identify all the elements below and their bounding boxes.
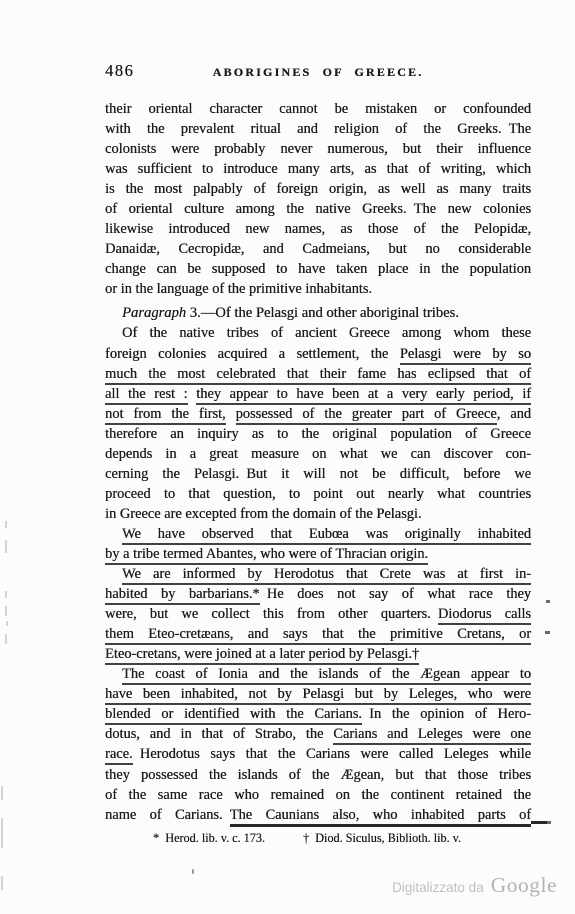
text-segment — [188, 386, 197, 402]
heading-segment: Paragraph — [122, 305, 186, 321]
text-line: they possessed the islands of the Ægean,… — [105, 765, 531, 785]
text-segment: of oriental culture among the native Gre… — [105, 201, 531, 217]
underlined-passage: have been inhabited, not by Pelasgi but … — [105, 686, 531, 705]
text-line: not from the first, possessed of the gre… — [105, 404, 531, 424]
text-line: depends in a great measure on what we ca… — [105, 444, 531, 464]
text-segment: , and — [497, 406, 531, 422]
scan-artifact — [5, 540, 7, 553]
text-segment: In the opinion of Hero- — [362, 706, 531, 722]
text-line: by a tribe termed Abantes, who were of T… — [105, 544, 531, 564]
text-segment: dotus, and in that of Strabo, the — [105, 726, 333, 742]
page-number: 486 — [105, 61, 134, 81]
scan-artifact — [1, 786, 3, 800]
text-segment: were, but we collect this from other qua… — [105, 606, 438, 622]
text-line: cerning the Pelasgi. But it will not be … — [105, 464, 531, 484]
underlined-passage: Pelasgi were by so — [400, 346, 531, 365]
text-line: therefore an inquiry as to the original … — [105, 424, 531, 444]
text-line: were, but we collect this from other qua… — [105, 604, 531, 624]
text-line: was sufficient to introduce many arts, a… — [105, 159, 531, 179]
text-line: proceed to that question, to point out n… — [105, 484, 531, 504]
scan-artifact — [5, 606, 7, 616]
page-text: their oriental character cannot be mista… — [105, 99, 531, 825]
footnote-dagger: † Diod. Siculus, Biblioth. lib. v. — [303, 831, 461, 846]
underlined-passage: much the most celebrated that their fame… — [105, 366, 531, 385]
scan-artifact — [545, 631, 550, 634]
text-line: Danaidæ, Cecropidæ, and Cadmeians, but n… — [105, 239, 531, 259]
scan-artifact — [6, 621, 8, 626]
footnote-asterisk: * Herod. lib. v. c. 173. — [153, 831, 265, 846]
underlined-passage: not from the first, — [105, 406, 226, 425]
text-line: with the prevalent ritual and religion o… — [105, 119, 531, 139]
text-line: of oriental culture among the native Gre… — [105, 199, 531, 219]
text-line: is the most palpably of foreign origin, … — [105, 179, 531, 199]
text-segment: they possessed the islands of the Ægean,… — [105, 767, 531, 783]
text-segment: Of the native tribes of ancient Greece a… — [122, 325, 531, 341]
heading-segment: 3.—Of the Pelasgi and other aboriginal t… — [186, 305, 459, 321]
text-line: change can be supposed to have taken pla… — [105, 259, 531, 279]
text-line: in Greece are excepted from the domain o… — [105, 504, 531, 524]
underlined-passage: Diodorus calls — [438, 606, 531, 625]
underlined-passage: Carians and Leleges were one — [333, 726, 531, 745]
underlined-passage: by a tribe termed Abantes, who were of T… — [105, 546, 428, 565]
underlined-passage: them Eteo-cretæans, and says that the pr… — [105, 626, 531, 645]
text-segment: is the most palpably of foreign origin, … — [105, 181, 531, 197]
text-segment: name of Carians. — [105, 807, 230, 823]
underlined-passage: race. — [105, 746, 133, 765]
underlined-passage: blended or identified with the Carians. — [105, 706, 362, 725]
scan-artifact — [5, 634, 7, 644]
underlined-passage: The coast of Ionia and the islands of th… — [122, 666, 531, 685]
text-segment: Herodotus says that the Carians were cal… — [133, 746, 531, 762]
underlined-passage: We are informed by Herodotus that Crete … — [122, 566, 531, 585]
text-segment: He does not say of what race they — [260, 586, 531, 602]
text-segment: Danaidæ, Cecropidæ, and Cadmeians, but n… — [105, 241, 531, 257]
underlined-passage: Eteo-cretans, were joined at a later per… — [105, 646, 419, 665]
scan-artifact — [5, 591, 7, 598]
scan-artifact — [1, 818, 3, 848]
text-segment: depends in a great measure on what we ca… — [105, 446, 531, 462]
text-line: We are informed by Herodotus that Crete … — [105, 564, 531, 584]
section-heading: Paragraph 3.—Of the Pelasgi and other ab… — [105, 303, 531, 323]
text-line: habited by barbarians.* He does not say … — [105, 584, 531, 604]
text-line: colonists were probably never numerous, … — [105, 139, 531, 159]
underlined-passage: they appear to have been at a very early… — [196, 386, 531, 405]
text-line: of the same race who remained on the con… — [105, 785, 531, 805]
text-line: likewise introduced new names, as those … — [105, 219, 531, 239]
text-line: We have observed that Eubœa was original… — [105, 524, 531, 544]
running-header: 486 ABORIGINES OF GREECE. — [105, 61, 531, 83]
scanned-book-page: 486 ABORIGINES OF GREECE. their oriental… — [0, 0, 575, 914]
text-segment: change can be supposed to have taken pla… — [105, 261, 531, 277]
text-line: much the most celebrated that their fame… — [105, 364, 531, 384]
text-line: foreign colonies acquired a settlement, … — [105, 344, 531, 364]
text-segment: colonists were probably never numerous, … — [105, 141, 531, 157]
text-line: all the rest : they appear to have been … — [105, 384, 531, 404]
text-segment: cerning the Pelasgi. But it will not be … — [105, 466, 531, 482]
underlined-passage: habited by barbarians.* — [105, 586, 260, 605]
text-segment: of the same race who remained on the con… — [105, 787, 531, 803]
text-segment: with the prevalent ritual and religion o… — [105, 121, 531, 137]
text-segment: proceed to that question, to point out n… — [105, 486, 531, 502]
text-line: The coast of Ionia and the islands of th… — [105, 664, 531, 684]
text-segment: their oriental character cannot be mista… — [105, 101, 531, 117]
google-watermark: Digitalizzato da Google — [392, 873, 557, 898]
underlined-passage: We have observed that Eubœa was original… — [122, 526, 531, 545]
text-line: them Eteo-cretæans, and says that the pr… — [105, 624, 531, 644]
text-line: or in the language of the primitive inha… — [105, 279, 531, 299]
text-segment: likewise introduced new names, as those … — [105, 221, 531, 237]
text-segment: in Greece are excepted from the domain o… — [105, 506, 421, 522]
scan-artifact — [547, 821, 551, 824]
underlined-passage: The Caunians also, who inhabited parts o… — [230, 807, 531, 827]
text-segment: was sufficient to introduce many arts, a… — [105, 161, 531, 177]
underlined-passage: all the rest : — [105, 386, 188, 405]
underlined-passage: possessed of the greater part of Greece — [236, 406, 497, 425]
text-line: their oriental character cannot be mista… — [105, 99, 531, 119]
footnotes: * Herod. lib. v. c. 173. † Diod. Siculus… — [105, 831, 575, 846]
scan-artifact — [1, 876, 3, 890]
google-logo: Google — [491, 873, 557, 898]
running-header-title: ABORIGINES OF GREECE. — [105, 61, 531, 80]
text-line: dotus, and in that of Strabo, the Carian… — [105, 724, 531, 744]
text-segment: or in the language of the primitive inha… — [105, 281, 372, 297]
text-line: Eteo-cretans, were joined at a later per… — [105, 644, 531, 664]
text-line: blended or identified with the Carians. … — [105, 704, 531, 724]
text-line: have been inhabited, not by Pelasgi but … — [105, 684, 531, 704]
text-line: Of the native tribes of ancient Greece a… — [105, 323, 531, 343]
text-segment: foreign colonies acquired a settlement, … — [105, 346, 400, 362]
scan-artifact — [192, 869, 194, 874]
text-segment — [226, 406, 236, 422]
watermark-text: Digitalizzato da — [392, 880, 484, 895]
scan-artifact — [546, 600, 550, 603]
scan-artifact — [5, 521, 7, 528]
text-segment: therefore an inquiry as to the original … — [105, 426, 531, 442]
text-line: race. Herodotus says that the Carians we… — [105, 744, 531, 764]
text-line: name of Carians. The Caunians also, who … — [105, 805, 531, 825]
